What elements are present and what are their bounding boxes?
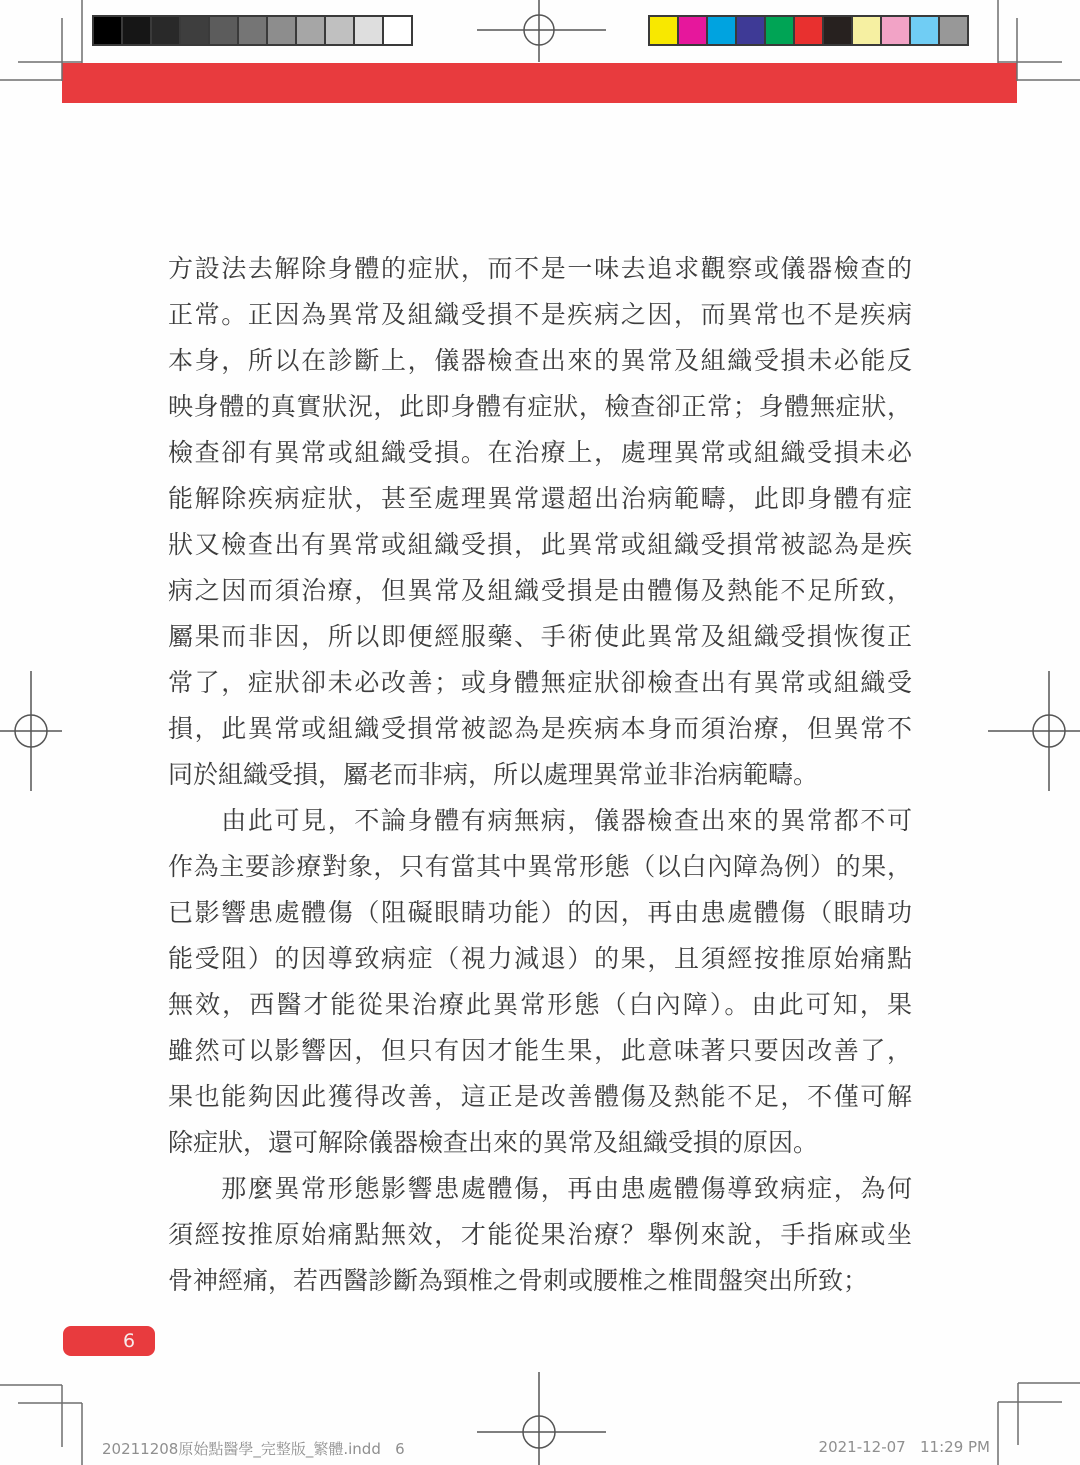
calibration-swatch	[295, 15, 326, 46]
text-line: 方設法去解除身體的症狀，而不是一味去追求觀察或儀器檢查的	[168, 246, 912, 292]
calibration-swatch	[208, 15, 239, 46]
registration-mark-left	[0, 671, 62, 791]
text-line: 常了，症狀卻未必改善；或身體無症狀卻檢查出有異常或組織受	[168, 660, 912, 706]
footer-timestamp: 2021-12-07 11:29 PM	[819, 1438, 990, 1456]
calibration-swatch	[706, 15, 737, 46]
registration-mark-top	[477, 0, 606, 62]
text-line: 同於組織受損，屬老而非病，所以處理異常並非治病範疇。	[168, 752, 912, 798]
text-line: 骨神經痛，若西醫診斷為頸椎之骨刺或腰椎之椎間盤突出所致；	[168, 1258, 912, 1304]
header-banner	[62, 63, 1017, 103]
calibration-swatch	[677, 15, 708, 46]
text-line: 損，此異常或組織受損常被認為是疾病本身而須治療，但異常不	[168, 706, 912, 752]
calibration-swatch	[237, 15, 268, 46]
color-calibration-bar	[648, 15, 969, 46]
calibration-swatch	[938, 15, 969, 46]
text-line: 能受阻）的因導致病症（視力減退）的果，且須經按推原始痛點	[168, 936, 912, 982]
calibration-swatch	[150, 15, 181, 46]
text-line: 正常。正因為異常及組織受損不是疾病之因，而異常也不是疾病	[168, 292, 912, 338]
text-line: 映身體的真實狀況，此即身體有症狀，檢查卻正常；身體無症狀，	[168, 384, 912, 430]
calibration-swatch	[92, 15, 123, 46]
text-line: 狀又檢查出有異常或組織受損，此異常或組織受損常被認為是疾	[168, 522, 912, 568]
crop-mark-bottom-right	[998, 1383, 1080, 1465]
text-line: 果也能夠因此獲得改善，這正是改善體傷及熱能不足，不僅可解	[168, 1074, 912, 1120]
footer-filename: 20211208原始點醫學_完整版_繁體.indd 6	[102, 1438, 405, 1459]
document-page: 方設法去解除身體的症狀，而不是一味去追求觀察或儀器檢查的正常。正因為異常及組織受…	[0, 0, 1080, 1465]
paragraph: 由此可見，不論身體有病無病，儀器檢查出來的異常都不可作為主要診療對象，只有當其中…	[168, 798, 912, 1166]
text-line: 由此可見，不論身體有病無病，儀器檢查出來的異常都不可	[168, 798, 912, 844]
calibration-swatch	[822, 15, 853, 46]
text-line: 已影響患處體傷（阻礙眼睛功能）的因，再由患處體傷（眼睛功	[168, 890, 912, 936]
page-number-badge: 6	[63, 1326, 155, 1356]
registration-mark-bottom	[477, 1372, 606, 1465]
crop-mark-bottom-left	[0, 1385, 82, 1465]
calibration-swatch	[382, 15, 413, 46]
text-line: 本身，所以在診斷上，儀器檢查出來的異常及組織受損未必能反	[168, 338, 912, 384]
calibration-swatch	[764, 15, 795, 46]
text-line: 檢查卻有異常或組織受損。在治療上，處理異常或組織受損未必	[168, 430, 912, 476]
text-line: 那麼異常形態影響患處體傷，再由患處體傷導致病症，為何	[168, 1166, 912, 1212]
text-line: 無效，西醫才能從果治療此異常形態（白內障）。由此可知，果	[168, 982, 912, 1028]
calibration-swatch	[324, 15, 355, 46]
calibration-swatch	[909, 15, 940, 46]
calibration-swatch	[266, 15, 297, 46]
calibration-swatch	[353, 15, 384, 46]
paragraph: 方設法去解除身體的症狀，而不是一味去追求觀察或儀器檢查的正常。正因為異常及組織受…	[168, 246, 912, 798]
text-line: 雖然可以影響因，但只有因才能生果，此意味著只要因改善了，	[168, 1028, 912, 1074]
text-line: 病之因而須治療，但異常及組織受損是由體傷及熱能不足所致，	[168, 568, 912, 614]
page-number: 6	[123, 1330, 135, 1352]
calibration-swatch	[880, 15, 911, 46]
calibration-swatch	[735, 15, 766, 46]
calibration-swatch	[793, 15, 824, 46]
text-line: 屬果而非因，所以即便經服藥、手術使此異常及組織受損恢復正	[168, 614, 912, 660]
text-line: 能解除疾病症狀，甚至處理異常還超出治病範疇，此即身體有症	[168, 476, 912, 522]
grayscale-calibration-bar	[92, 15, 413, 46]
calibration-swatch	[648, 15, 679, 46]
paragraph: 那麼異常形態影響患處體傷，再由患處體傷導致病症，為何須經按推原始痛點無效，才能從…	[168, 1166, 912, 1304]
text-line: 須經按推原始痛點無效，才能從果治療？舉例來說，手指麻或坐	[168, 1212, 912, 1258]
text-line: 作為主要診療對象，只有當其中異常形態（以白內障為例）的果，	[168, 844, 912, 890]
body-text: 方設法去解除身體的症狀，而不是一味去追求觀察或儀器檢查的正常。正因為異常及組織受…	[168, 246, 912, 1304]
calibration-swatch	[121, 15, 152, 46]
calibration-swatch	[179, 15, 210, 46]
registration-mark-right	[988, 671, 1080, 791]
calibration-swatch	[851, 15, 882, 46]
text-line: 除症狀，還可解除儀器檢查出來的異常及組織受損的原因。	[168, 1120, 912, 1166]
